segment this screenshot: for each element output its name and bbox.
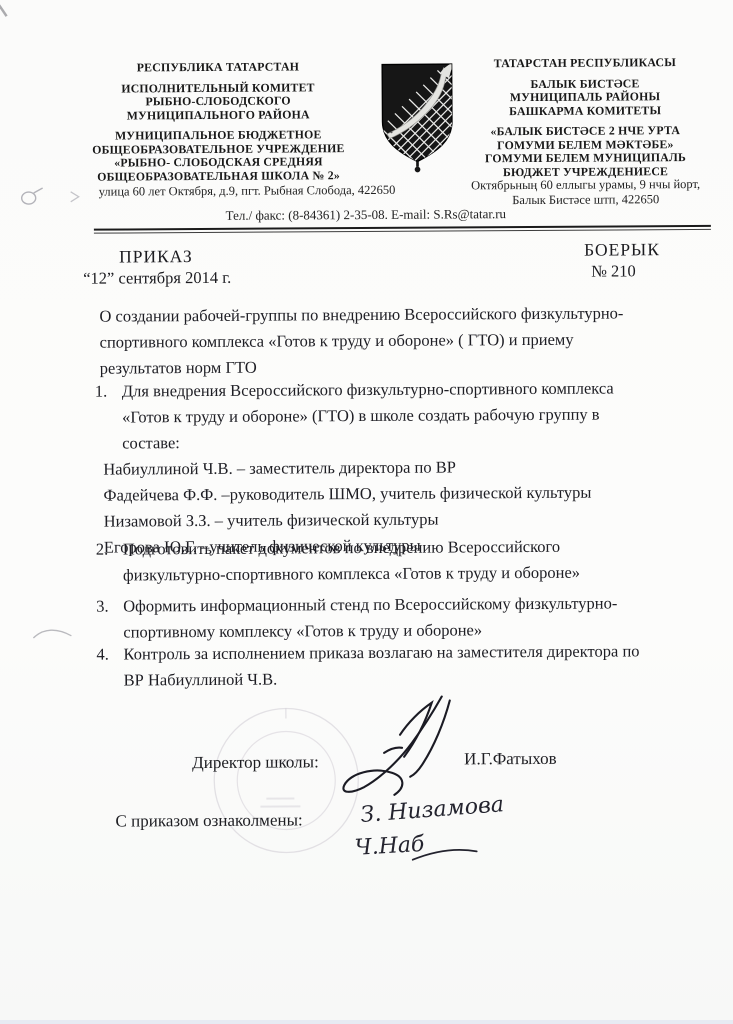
pencil-arc-mark	[29, 622, 79, 651]
staff-member: Набиуллиной Ч.В. – заместитель директора…	[103, 453, 703, 483]
subject-line: О создании рабочей-группы по внедрению В…	[99, 300, 679, 330]
order-item-3: 3. Оформить информационный стенд по Всер…	[96, 590, 686, 646]
doc-date: “12” сентября 2014 г.	[83, 268, 231, 289]
item-line: «Готов к труду и обороне» (ГТО) в школе …	[122, 401, 614, 430]
item-text: Подготовить пакет документов по внедрени…	[123, 534, 580, 589]
letterhead-divider	[94, 225, 711, 234]
acknowledgment-label: С приказом ознаколмены:	[115, 810, 302, 831]
item-line: Оформить информационный стенд по Всеросс…	[123, 590, 617, 619]
address-right-line1: Октябрьның 60 еллыгы урамы, 9 нчы йорт,	[442, 177, 730, 194]
item-text: Для внедрения Всероссийского физкультурн…	[122, 375, 614, 456]
issuer-tatar-block: ТАТАРСТАН РЕСПУБЛИКАСЫ БАЛЫК БИСТӘСЕ МУН…	[441, 56, 730, 187]
item-line: Контроль за исполнением приказа возлагаю…	[123, 638, 639, 667]
issuer-russian-block: РЕСПУБЛИКА ТАТАРСТАН ИСПОЛНИТЕЛЬНЫЙ КОМИ…	[53, 60, 384, 191]
director-name: И.Г.Фатыхов	[464, 749, 557, 770]
doc-type-ru: ПРИКАЗ	[119, 246, 193, 267]
address-left: улица 60 лет Октября, д.9, пгт. Рыбная С…	[99, 183, 439, 200]
order-item-2: 2. Подготовить пакет документов по внедр…	[96, 533, 686, 589]
org-line: ОБЩЕОБРАЗОВАТЕЛЬНАЯ ШКОЛА № 2»	[54, 168, 384, 184]
staff-member: Фадейчева Ф.Ф. –руководитель ШМО, учител…	[103, 479, 703, 509]
scan-corner-mark	[0, 2, 18, 29]
doc-number: № 210	[591, 261, 636, 281]
org-line: МУНИЦИПАЛЬНОГО РАЙОНА	[53, 107, 383, 123]
item-line: Подготовить пакет документов по внедрени…	[123, 534, 580, 563]
address-right: Октябрьның 60 еллыгы урамы, 9 нчы йорт, …	[442, 177, 730, 209]
item-line: составе:	[122, 427, 614, 456]
item-line: физкультурно-спортивного комплекса «Гото…	[123, 560, 580, 589]
staff-member: Низамовой З.З. – учитель физической куль…	[104, 505, 704, 535]
doc-type-tatar: БОЕРЫК	[584, 239, 660, 260]
subject-line: спортивного комплекса «Готов к труду и о…	[100, 326, 680, 356]
handwritten-flourish	[411, 837, 481, 872]
order-item-1: 1. Для внедрения Всероссийского физкульт…	[95, 375, 685, 457]
org-line: ТАТАРСТАН РЕСПУБЛИКАСЫ	[441, 56, 729, 71]
item-number: 1.	[95, 378, 122, 456]
item-text: Оформить информационный стенд по Всеросс…	[123, 590, 617, 645]
order-item-4: 4. Контроль за исполнением приказа возла…	[96, 638, 696, 694]
order-subject: О создании рабочей-группы по внедрению В…	[99, 300, 679, 382]
org-line: РЕСПУБЛИКА ТАТАРСТАН	[53, 60, 383, 76]
item-number: 3.	[96, 593, 123, 645]
item-line: Для внедрения Всероссийского физкультурн…	[122, 375, 614, 404]
contact-line: Тел./ факс: (8-84361) 2-35-08. E-mail: S…	[61, 205, 671, 225]
item-line: ВР Набиуллиной Ч.В.	[124, 664, 640, 693]
scan-bottom-edge	[0, 1020, 733, 1024]
item-number: 4.	[96, 641, 123, 693]
item-number: 2.	[96, 536, 123, 588]
director-role-label: Директор школы:	[192, 752, 319, 773]
org-line: БАШКАРМА КОМИТЕТЫ	[441, 103, 729, 118]
item-text: Контроль за исполнением приказа возлагаю…	[123, 638, 639, 693]
scanned-order-document: РЕСПУБЛИКА ТАТАРСТАН ИСПОЛНИТЕЛЬНЫЙ КОМИ…	[0, 0, 733, 1024]
